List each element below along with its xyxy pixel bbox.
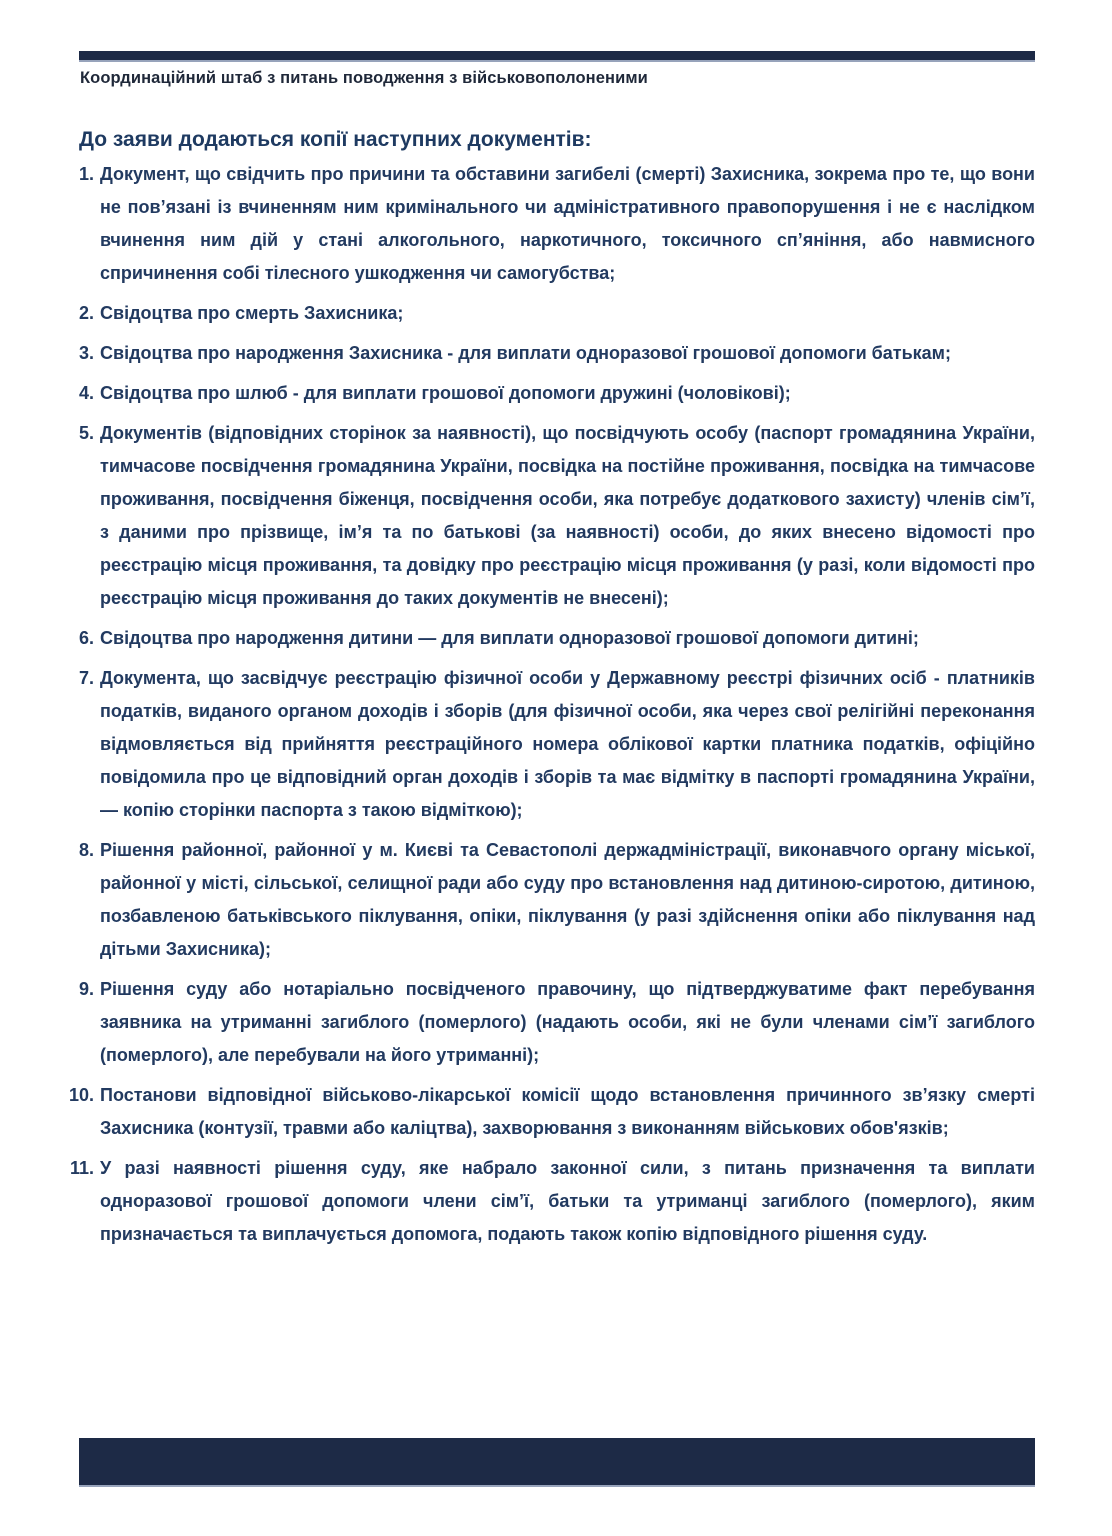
list-item-text: Постанови відповідної військово-лікарськ…: [100, 1079, 1035, 1145]
list-item-text: Свідоцтва про народження Захисника - для…: [100, 337, 1035, 370]
list-item: 4. Свідоцтва про шлюб - для виплати грош…: [58, 377, 1035, 410]
list-item: 1. Документ, що свідчить про причини та …: [58, 158, 1035, 290]
list-item-text: Свідоцтва про смерть Захисника;: [100, 297, 1035, 330]
list-item-number: 9.: [58, 973, 100, 1072]
documents-list: 1. Документ, що свідчить про причини та …: [58, 158, 1035, 1258]
page-title: До заяви додаються копії наступних докум…: [79, 128, 1029, 152]
list-item: 2. Свідоцтва про смерть Захисника;: [58, 297, 1035, 330]
list-item-number: 11.: [58, 1152, 100, 1251]
list-item-text: Свідоцтва про народження дитини — для ви…: [100, 622, 1035, 655]
list-item: 11. У разі наявності рішення суду, яке н…: [58, 1152, 1035, 1251]
list-item-number: 8.: [58, 834, 100, 966]
list-item-text: Рішення суду або нотаріально посвідченог…: [100, 973, 1035, 1072]
list-item-text: Рішення районної, районної у м. Києві та…: [100, 834, 1035, 966]
list-item: 6. Свідоцтва про народження дитини — для…: [58, 622, 1035, 655]
list-item-text: У разі наявності рішення суду, яке набра…: [100, 1152, 1035, 1251]
list-item-number: 1.: [58, 158, 100, 290]
list-item: 7. Документа, що засвідчує реєстрацію фі…: [58, 662, 1035, 827]
list-item-number: 7.: [58, 662, 100, 827]
document-page: Координаційний штаб з питань поводження …: [0, 0, 1112, 1536]
organization-name: Координаційний штаб з питань поводження …: [80, 69, 1020, 88]
list-item: 3. Свідоцтва про народження Захисника - …: [58, 337, 1035, 370]
list-item-number: 3.: [58, 337, 100, 370]
list-item-number: 10.: [58, 1079, 100, 1145]
list-item-text: Документів (відповідних сторінок за наяв…: [100, 417, 1035, 615]
list-item-text: Документ, що свідчить про причини та обс…: [100, 158, 1035, 290]
list-item-text: Документа, що засвідчує реєстрацію фізич…: [100, 662, 1035, 827]
list-item: 5. Документів (відповідних сторінок за н…: [58, 417, 1035, 615]
list-item-text: Свідоцтва про шлюб - для виплати грошово…: [100, 377, 1035, 410]
list-item-number: 2.: [58, 297, 100, 330]
list-item-number: 5.: [58, 417, 100, 615]
bottom-rule-bar: [79, 1438, 1035, 1487]
list-item-number: 6.: [58, 622, 100, 655]
list-item-number: 4.: [58, 377, 100, 410]
top-rule-bar: [79, 51, 1035, 62]
list-item: 8. Рішення районної, районної у м. Києві…: [58, 834, 1035, 966]
list-item: 10. Постанови відповідної військово-ліка…: [58, 1079, 1035, 1145]
list-item: 9. Рішення суду або нотаріально посвідче…: [58, 973, 1035, 1072]
